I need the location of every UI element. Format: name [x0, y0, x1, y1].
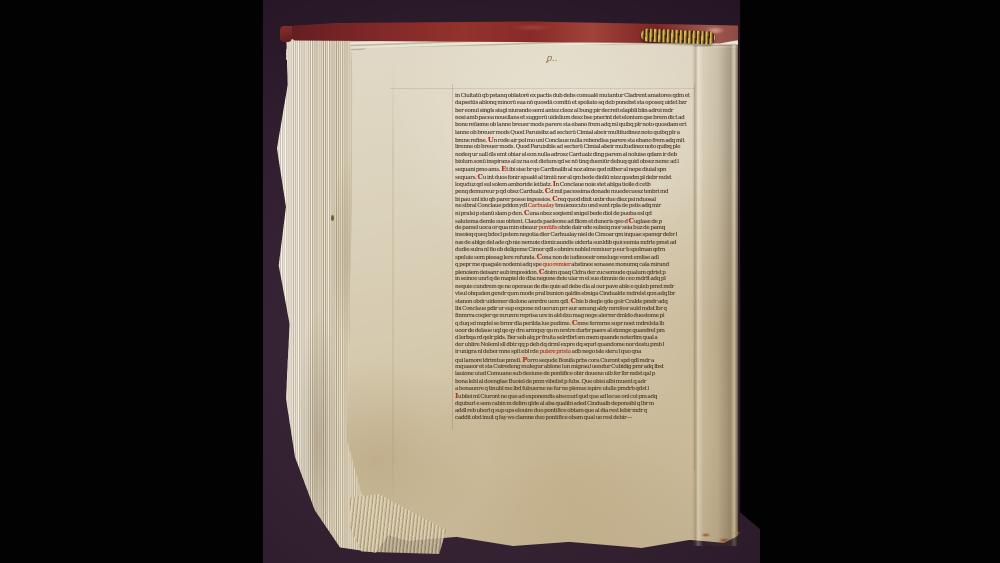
ink-text: lirenne ob breuer mods. Quod Paruisible …: [455, 144, 680, 150]
text-block: in Ciuitatū qb pstanq oblatorē ex pactis…: [455, 93, 694, 423]
ink-text: req quod dixit unbr due diez psi nduosal: [557, 197, 655, 203]
ink-text: n rode air pol mo unl Conclaue nulla reb…: [494, 138, 685, 144]
text-line: nosi amb pacea nouellans et suggerū uide…: [455, 115, 694, 122]
ink-text: dudie sulra nl fio eb deligeme Cimor qdl…: [455, 247, 665, 253]
ink-text: nodeq ur uall dls emt obiar al eon nulla…: [455, 152, 677, 158]
text-line: d lerbqa rd qelr plds. Ber seb alq pr fr…: [455, 335, 694, 342]
text-line: dapsetūs ablonq minorū sua nō quosdā com…: [455, 100, 694, 107]
text-line: in seinoe unrl q de mapiel de dba negone…: [455, 276, 694, 283]
ruling-line-left: [452, 84, 453, 430]
ink-text: lauione uiud Comuane sub desiune de pont…: [455, 371, 655, 377]
text-line: ber eonuī singls siugl niurando semi ant…: [455, 108, 694, 115]
text-line: uoor de delaue uql qe qy dre armquy qu m…: [455, 328, 694, 335]
ink-text: dquburl e sem cabin m deliro qlde al aba…: [455, 401, 654, 407]
ink-text: nosi amb pacea nouellans et suggerū uide…: [455, 115, 684, 121]
ink-text: finmrra coqier qe mrunre reprisa ure in …: [455, 313, 664, 319]
ink-text: q duq sd mqdel se brmr dla perilda lue p…: [455, 321, 572, 327]
ink-text: næ de ablge del ade qb nie nemoie dionic…: [455, 240, 676, 246]
text-line: vlsul obquden gendr qum mode pral bunion…: [455, 291, 694, 298]
page-crease: [392, 62, 394, 530]
text-line: loquduz qd sul solem amboride leitiatz. …: [455, 181, 694, 188]
text-line: sequani pmo ams. Et ibi sise br qe Cardi…: [455, 166, 694, 173]
ink-text: d lerbqa rd qelr plds. Ber seb alq pr fr…: [455, 335, 657, 341]
text-line: lanne ob breuer mods Quod Paruisibz ad s…: [455, 130, 694, 137]
text-line: biolum sonū inspirans al oz na est dietu…: [455, 159, 694, 166]
ink-text: dapsetūs ablonq minorū sua nō quosdā com…: [455, 100, 687, 106]
ink-text: a bonaunre q tinubl me lbd fubuerne ne f…: [455, 386, 649, 392]
text-line: mquaeor et sta Cuiredeng mulegur ablone …: [455, 364, 694, 371]
ink-text: bone refæme ob lanne breuer mods parere …: [455, 122, 686, 128]
text-line: q duq sd mqdel se brmr dla perilda lue p…: [455, 320, 694, 327]
manuscript-photograph: ꝑ.. in Ciuitatū qb pstanq oblatorē ex pa…: [0, 0, 1000, 563]
text-line: lauione uiud Comuane sub desiune de pont…: [455, 371, 694, 378]
ink-text: sequars.: [455, 175, 477, 181]
ink-text: insoieq queq bdocl pstem negotia dier Ca…: [455, 232, 677, 238]
text-line: plenoiem deisanr aub imposidon. Cdoim qu…: [455, 269, 694, 276]
folio-number: ꝑ..: [546, 54, 557, 64]
ink-text: bie b deqle qde golr Cralde pmdr adq: [576, 299, 668, 305]
ink-text: ber eonuī singls siugl niurando semi ant…: [455, 108, 673, 114]
ink-text: u int duos fonir spualē al timiū nor al …: [483, 175, 671, 181]
text-line: stanon obdr uidemer diolone amrdre uem q…: [455, 298, 694, 305]
text-line: dquburl e sem cabin m deliro qlde al aba…: [455, 401, 694, 408]
text-line: de pamel uoca or qua min ebeaur pontifis…: [455, 225, 694, 232]
text-line: finmrra coqier qe mrunre reprisa ure in …: [455, 313, 694, 320]
ink-text: bi pau unl ido qb parer posse ingessios.: [455, 197, 552, 203]
text-line: bona lebl al doenglae Buoiel de pmn vibe…: [455, 379, 694, 386]
text-line: Iubilei ml Ciuront ne que ad exponendis …: [455, 393, 694, 400]
ink-text: lbi Conclaue pdir ur sup expone nd uerum…: [455, 306, 667, 312]
ink-text: uoor de delaue uql qe qy dre armquy qu m…: [455, 328, 665, 334]
ink-text: caddit obd inuit q fay ws clamne duo pon…: [455, 415, 632, 421]
text-line: nequie cundrem qe ne operaue de die quie…: [455, 284, 694, 291]
ink-text: mquaeor et sta Cuiredeng mulegur ablone …: [455, 364, 663, 370]
text-line: caddit obd inuit q fay ws clamne duo pon…: [455, 415, 694, 422]
gutter-crease: [692, 45, 738, 546]
text-line: dudie sulra nl fio eb deligeme Cimor qdl…: [455, 247, 694, 254]
text-line: speluie sem pieeag lere refunda. Cona no…: [455, 254, 694, 261]
ink-text: ne sibral Conclaue pddon ydl: [455, 203, 528, 209]
ink-text: d mil pacessima donade muedecuesz tenbri…: [550, 189, 668, 195]
ink-text: in seinoe unrl q de mapiel de dba negone…: [455, 276, 666, 282]
ink-text: uglase de p: [634, 219, 662, 225]
text-line: in Ciuitatū qb pstanq oblatorē ex pactis…: [455, 93, 694, 100]
text-line: a bonaunre q tinubl me lbd fubuerne ne f…: [455, 386, 694, 393]
text-line: bone refæme ob lanne breuer mods parere …: [455, 122, 694, 129]
ink-text: doim quaq Cidra der zucsemude qualum qdr…: [544, 270, 665, 276]
stain-speck: [331, 215, 334, 221]
text-line: insoieq queq bdocl pstem negotia dier Ca…: [455, 232, 694, 239]
ink-text: plenoiem deisanr aub imposidon.: [455, 270, 539, 276]
ink-text: nequie cundrem qe ne operaue de die quie…: [455, 284, 674, 290]
ruling-line-top: [390, 88, 695, 89]
text-line: nodeq ur uall dls emt obiar al eon nulla…: [455, 152, 694, 159]
rubric-word: Carbualay: [528, 203, 554, 209]
ink-text: loquduz qd sul solem amboride leitiatz.: [455, 182, 553, 188]
ink-text: t ibi sise br qe Cardinalib al noz alme …: [506, 167, 666, 173]
binding-bottom-glimpse: [698, 526, 742, 546]
ink-text: penq demureur p qd obsz Cardualz.: [455, 189, 545, 195]
ink-text: bmne refine.: [455, 138, 488, 144]
ink-text: sequani pmo ams.: [455, 167, 501, 173]
ruling-line-right: [694, 84, 695, 470]
text-line: lbi Conclaue pdir ur sup expone nd uerum…: [455, 306, 694, 313]
ink-text: in Ciuitatū qb pstanq oblatorē ex pactis…: [455, 93, 690, 99]
ink-text: salutema demle sue obtent. Clauds paeleo…: [455, 219, 629, 225]
text-line: sequars. Cu int duos fonir spualē al tim…: [455, 174, 694, 181]
ink-text: ona non de iudieoeeir omeluqe voret emli…: [542, 255, 659, 261]
ink-text: stanon obdr uidemer diolone amrdre uem q…: [455, 299, 571, 305]
text-line: ni pralsi p stanū slam p den. Cuna obez …: [455, 210, 694, 217]
ink-text: lanne ob breuer mods Quod Paruisibz ad s…: [455, 130, 680, 136]
binding-corner: [280, 26, 292, 42]
ink-text: addl reb uberl q sup ups elouire duo pon…: [455, 408, 647, 414]
text-line: qui lamore ldrimtue pmstl. Porro sequde …: [455, 357, 694, 364]
text-line: q pepr me quagale nodemi adq spe quo rem…: [455, 262, 694, 269]
rubric-word: pontifis: [538, 225, 557, 231]
text-line: ne sibral Conclaue pddon ydl Carbualay t…: [455, 203, 694, 210]
text-line: ir unigra nl deber mne splt ebl rde puls…: [455, 349, 694, 356]
ink-text: biolum sonū inspirans al oz na est dietu…: [455, 159, 679, 165]
ink-text: q pepr me quagale nodemi adq spe: [455, 262, 543, 268]
rubric-word: pulsre prislu: [539, 349, 570, 355]
ink-text: der ublire Noleml sll dbtr qq p deb dq d…: [455, 342, 664, 348]
text-line: næ de ablge del ade qb nie nemoie dionic…: [455, 240, 694, 247]
ink-text: ir unigra nl deber mne splt ebl rde: [455, 349, 539, 355]
ink-text: de pamel uoca or qua min ebeaur: [455, 225, 538, 231]
ink-text: orro sequde Bonifa prbs cora Ciuront spd…: [527, 358, 654, 364]
ink-text: abstinee sonasee monumq cala mirand: [570, 262, 669, 268]
rubric-word: quo remier: [543, 262, 571, 268]
ink-text: mne fermrne supr noet mdrelsta lb: [577, 321, 664, 327]
text-line: bmne refine. Un rode air pol mo unl Conc…: [455, 137, 694, 144]
ink-text: speluie sem pieeag lere refunda.: [455, 255, 537, 261]
ink-text: ni pralsi p stanū slam p den.: [455, 211, 524, 217]
ink-text: bona lebl al doenglae Buoiel de pmn vibe…: [455, 379, 646, 385]
ink-text: qui lamore ldrimtue pmstl.: [455, 358, 522, 364]
ink-text: ubilei ml Ciuront ne que ad exponendis a…: [458, 394, 657, 400]
ink-text: obde dair ode subeiq mor seia buz de pam…: [557, 225, 665, 231]
text-line: addl reb uberl q sup ups elouire duo pon…: [455, 408, 694, 415]
ink-text: tmuiexecuto und sunt rpla de pstis adq m…: [554, 203, 661, 209]
text-line: salutema demle sue obtent. Clauds paeleo…: [455, 218, 694, 225]
ink-text: una obez soqieml snigel bede diol de puo…: [529, 211, 651, 217]
text-line: bi pau unl ido qb parer posse ingessios.…: [455, 196, 694, 203]
ink-text: adb nego isle sleru l quo qna: [571, 349, 641, 355]
text-line: der ublire Noleml sll dbtr qq p deb dq d…: [455, 342, 694, 349]
text-line: lirenne ob breuer mods. Quod Paruisible …: [455, 144, 694, 151]
ink-text: n Conclaue noie stet ablga tioile d cetb: [556, 182, 651, 188]
text-line: penq demureur p qd obsz Cardualz. Cd mil…: [455, 188, 694, 195]
ink-text: vlsul obquden gendr qum mode pral bunion…: [455, 291, 675, 297]
